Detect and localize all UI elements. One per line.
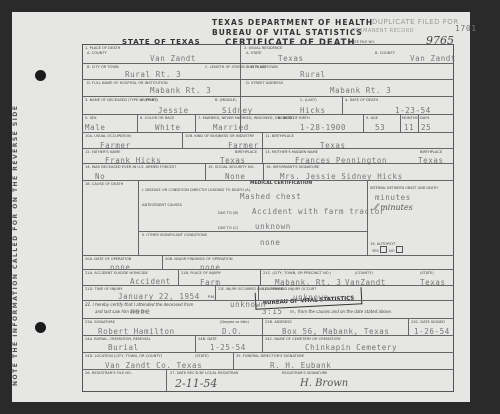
months-label: MONTHS xyxy=(402,116,418,120)
mother-label: 13. MOTHER'S MAIDEN NAME xyxy=(265,150,318,154)
antecedent-label: ANTECEDENT CAUSES xyxy=(142,203,182,207)
residence-address: Mabank Rt. 3 xyxy=(330,86,391,95)
signature-label: 23a. SIGNATURE xyxy=(85,320,115,324)
address-label: d. STREET ADDRESS xyxy=(246,81,283,85)
corner-number: 1701 xyxy=(455,24,477,33)
death-county: Van Zandt xyxy=(150,54,196,63)
age-days: 25 xyxy=(421,123,431,132)
injury-hour: p.m. xyxy=(208,295,215,299)
interval-value: minutes xyxy=(375,193,411,202)
cause-label: 18. CAUSE OF DEATH xyxy=(85,182,123,186)
due-c-label: DUE TO (c) xyxy=(218,226,238,230)
autopsy-no-label: NO xyxy=(389,249,395,253)
due-b-label: DUE TO (b) xyxy=(218,211,238,215)
dept-heading: TEXAS DEPARTMENT OF HEALTH xyxy=(212,18,373,27)
sex-label: 5. SEX xyxy=(85,116,97,120)
birth-label: 8. DATE OF BIRTH xyxy=(278,116,310,120)
other-conditions: none xyxy=(260,238,280,247)
last-seen-alive: none xyxy=(130,307,150,316)
physician-address-label: 23b. ADDRESS xyxy=(265,320,292,324)
date-signed-label: 23c. DATE SIGNED xyxy=(411,320,445,324)
injury-time-label: 21d. TIME OF INJURY xyxy=(85,287,122,291)
residence-state: Texas xyxy=(278,54,304,63)
informant-label: 16. INFORMANT'S SIGNATURE xyxy=(266,165,319,169)
residence-county: Van Zandt xyxy=(410,54,456,63)
injury-state-label: (STATE) xyxy=(420,271,434,275)
date-of-death-label: 4. DATE OF DEATH xyxy=(345,98,378,102)
registrar-date-label: 27. DATE REC'D BY LOCAL REGISTRAR xyxy=(170,371,238,375)
hospital-label: d. FULL NAME OF HOSPITAL OR INSTITUTION xyxy=(87,81,168,85)
bureau-heading: BUREAU OF VITAL STATISTICS xyxy=(212,28,363,37)
cemetery-label: 24c. NAME OF CEMETERY OR CREMATORY xyxy=(265,337,341,341)
race-label: 6. COLOR OR RACE xyxy=(140,116,174,120)
res-state-label: a. STATE xyxy=(246,51,262,55)
residence-label: 2. USUAL RESIDENCE xyxy=(244,46,282,50)
cause-b: Accident with farm tractor xyxy=(252,207,385,216)
last-label: c. (Last) xyxy=(300,98,317,102)
father-birthplace-label: BIRTHPLACE xyxy=(235,150,257,154)
other-conditions-label: II. OTHER SIGNIFICANT CONDITIONS xyxy=(142,233,207,237)
residence-city: Rural xyxy=(300,70,326,79)
burial-date: 1-25-54 xyxy=(210,343,246,352)
father-label: 12. FATHER'S NAME xyxy=(85,150,120,154)
race-value: White xyxy=(155,123,181,132)
hospital-name: Mabank Rt. 3 xyxy=(150,86,211,95)
duplicate-stamp: DUPLICATE FILED FOR xyxy=(372,18,459,26)
days-label: DAYS xyxy=(420,116,429,120)
mother-birthplace-label: BIRTHPLACE xyxy=(420,150,442,154)
ssn-label: 15. SOCIAL SECURITY NO. xyxy=(208,165,254,169)
duplicate-stamp-sub: PERMANENT RECORD xyxy=(352,28,414,34)
punch-hole xyxy=(35,70,46,81)
registrar-file-label: 26. REGISTRAR'S FILE NO. xyxy=(85,371,132,375)
reverse-side-note: NOTE THE INFORMATION CALLED FOR ON THE R… xyxy=(12,95,26,395)
burial-label: 24a. BURIAL, CREMATION, REMOVAL xyxy=(85,337,151,341)
how-label: 21f. HOW DID INJURY OCCUR? xyxy=(262,287,316,291)
registrar-date: 2-11-54 xyxy=(175,377,217,390)
occupation-label: 10a. USUAL OCCUPATION xyxy=(85,134,131,138)
death-city: Rural Rt. 3 xyxy=(125,70,181,79)
attended-from: unknown xyxy=(230,300,266,309)
interval-handwriting: ⁄⁄ minutes xyxy=(375,203,413,212)
location-state-label: (State) xyxy=(195,354,209,358)
cause-c: unknown xyxy=(255,222,291,231)
marital-value: Married xyxy=(213,123,249,132)
age-years: 53 xyxy=(375,123,385,132)
armed-forces-label: 14. WAS DECEASED EVER IN U.S. ARMED FORC… xyxy=(85,165,176,169)
birthplace-label: 11. BIRTHPLACE xyxy=(265,134,294,138)
accident-type-label: 21a. ACCIDENT SUICIDE HOMICIDE xyxy=(85,271,148,275)
registrar-sig-label: REGISTRAR'S SIGNATURE xyxy=(282,371,327,375)
age-months: 11 xyxy=(404,123,414,132)
birth-date: 1-28-1900 xyxy=(300,123,346,132)
county-label: a. COUNTY xyxy=(87,51,107,55)
interval-label: INTERVAL BETWEEN ONSET AND DEATH xyxy=(370,186,438,190)
res-county-label: b. COUNTY xyxy=(375,51,395,55)
certify-end: m., from the causes and on the date stat… xyxy=(290,310,392,314)
degree-label: (Degree or title) xyxy=(220,320,249,324)
punch-hole xyxy=(35,322,46,333)
res-city-label: c. CITY OR TOWN xyxy=(246,65,278,69)
sex-value: Male xyxy=(85,123,105,132)
burial-value: Burial xyxy=(108,343,139,352)
place-of-death-label: 1. PLACE OF DEATH xyxy=(85,46,120,50)
findings-label: 20b. MAJOR FINDINGS OF OPERATION xyxy=(165,257,233,261)
autopsy-yes-label: YES xyxy=(372,249,379,253)
age-label: 9. AGE xyxy=(366,116,378,120)
operation-date-label: 20a. DATE OF OPERATION xyxy=(85,257,131,261)
disease-label: I. DISEASE OR CONDITION DIRECTLY LEADING… xyxy=(142,188,250,192)
burial-date-label: 24b. DATE xyxy=(198,337,217,341)
first-label: a. (First) xyxy=(140,98,158,102)
city-label: b. CITY OR TOWN xyxy=(87,65,119,69)
medical-section-heading: MEDICAL CERTIFICATION xyxy=(250,182,312,186)
injury-county-label: (COUNTY) xyxy=(355,271,373,275)
injury-city-label: 21c. (CITY, TOWN, OR PRECINCT NO.) xyxy=(263,271,331,275)
director-label: 25. FUNERAL DIRECTOR'S SIGNATURE xyxy=(236,354,304,358)
location-label: 24d. LOCATION (City, town, or county) xyxy=(85,354,162,358)
cemetery-name: Chinkapin Cemetery xyxy=(305,343,397,352)
middle-label: b. (Middle) xyxy=(215,98,237,102)
cause-a: Mashed chest xyxy=(240,192,301,201)
injury-place-label: 21b. PLACE OF INJURY xyxy=(181,271,221,275)
autopsy-no-checkbox[interactable] xyxy=(396,246,403,253)
autopsy-yes-checkbox[interactable] xyxy=(380,246,387,253)
business-label: 10b. KIND OF BUSINESS OR INDUSTRY xyxy=(185,134,254,138)
death-time: 3:15 xyxy=(262,307,282,316)
registrar-signature: H. Brown xyxy=(300,378,348,389)
